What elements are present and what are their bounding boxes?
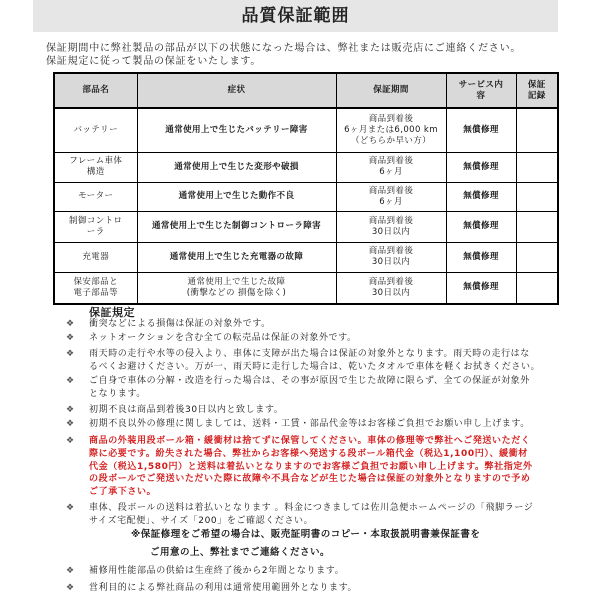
rule-text: ご自身で車体の分解・改造を行った場合は、その事が原因で生じた故障に限らず、全ての… (89, 375, 530, 388)
rule-text: 代金（税込1,580円）と送料は着払いとなりますのでお客様ご負担でお願い申し上げ… (89, 461, 533, 474)
service-cell: 無償修理 (446, 152, 516, 182)
rule-text: ご了承下さい。 (89, 486, 533, 499)
table-row: フレーム車体 構造 通常使用上で生じた変形や破損 商品到着後 6ヶ月 無償修理 (54, 152, 558, 182)
intro-text-line-2: 保証規定に従って製品の保証をいたします。 (46, 56, 261, 68)
record-cell (516, 242, 558, 272)
title-banner: 品質保証範囲 (33, 0, 558, 32)
diamond-bullet-icon: ❖ (66, 404, 74, 416)
part-cell: 保安部品と 電子部品等 (54, 272, 137, 304)
table-row: 充電器 通常使用上で生じた充電器の故障 商品到着後 30日以内 無償修理 (54, 242, 558, 272)
record-cell (516, 211, 558, 242)
record-cell (516, 272, 558, 304)
symptom-cell: 通常使用上で生じたバッテリー障害 (137, 108, 336, 152)
table-header-row: 部品名 症状 保証期間 サービス内 容 保証 記録 (54, 73, 558, 108)
rule-text: 初期不良以外の修理に関しましては、送料・工賃・部品代金等はお客様ご負担でお願い申… (89, 418, 530, 431)
rule-text: 際に必要です。紛失された場合、弊社からお客様へ発送する段ボール箱代金（税込1,1… (89, 448, 533, 461)
diamond-bullet-icon: ❖ (66, 348, 74, 360)
column-header-symptom: 症状 (137, 73, 336, 108)
rule-text: 営利目的による弊社商品の利用は通常使用範囲外となります。 (89, 582, 357, 595)
rule-text: 車体、段ボールの送料は着払いとなります 。料金につきましては佐川急便ホームページ… (89, 502, 533, 515)
intro-text-line-1: 保証期間中に弊社製品の部品が以下の状態になった場合は、弊社または販売店にご連絡く… (46, 43, 521, 55)
table-row: 保安部品と 電子部品等 通常使用上で生じた故障 (衝撃などの 損傷を除く) 商品… (54, 272, 558, 304)
diamond-bullet-icon: ❖ (66, 318, 74, 330)
service-cell: 無償修理 (446, 182, 516, 211)
diamond-bullet-icon: ❖ (66, 332, 74, 344)
rule-text: サイズ宅配便」、サイズ「200」をご確認ください。 (89, 515, 533, 528)
diamond-bullet-icon: ❖ (66, 375, 74, 387)
diamond-bullet-icon: ❖ (66, 565, 74, 577)
part-cell: バッテリー (54, 108, 137, 152)
column-header-service: サービス内 容 (446, 73, 516, 108)
period-cell: 商品到着後 6ヶ月 (336, 182, 446, 211)
rule-text: の段ボールでご発送いただいた際に故障や不具合などが生じた場合は保証の対象外となり… (89, 473, 533, 486)
rule-text: 雨天時の走行や水等の侵入より、車体に支障が出た場合は保証の対象外となります。雨天… (89, 348, 540, 361)
symptom-cell: 通常使用上で生じた制御コントローラ障害 (137, 211, 336, 242)
record-cell (516, 152, 558, 182)
rule-text: 商品の外装用段ボール箱・緩衝材は捨てずに保管してください。車体の修理等で弊社へご… (89, 435, 533, 448)
period-cell: 商品到着後 6ヶ月または6,000 km （どちらか早い方） (336, 108, 446, 152)
service-cell: 無償修理 (446, 272, 516, 304)
period-cell: 商品到着後 6ヶ月 (336, 152, 446, 182)
table-row: バッテリー 通常使用上で生じたバッテリー障害 商品到着後 6ヶ月または6,000… (54, 108, 558, 152)
table-row: 制御コントロ ーラ 通常使用上で生じた制御コントローラ障害 商品到着後 30日以… (54, 211, 558, 242)
warranty-repair-notice-line-1: ※保証修理をご希望の場合は、販売証明書のコピー・本取扱説明書兼保証書を (131, 529, 480, 541)
period-cell: 商品到着後 30日以内 (336, 211, 446, 242)
diamond-bullet-icon: ❖ (66, 435, 74, 447)
period-cell: 商品到着後 30日以内 (336, 272, 446, 304)
warranty-repair-notice-line-2: ご用意の上、弊社までご連絡ください。 (150, 547, 330, 559)
part-cell: モーター (54, 182, 137, 211)
symptom-cell: 通常使用上で生じた変形や破損 (137, 152, 336, 182)
rule-text: 補修用性能部品の供給は生産終了後から2年間となります。 (89, 565, 344, 578)
symptom-cell: 通常使用上で生じた故障 (衝撃などの 損傷を除く) (137, 272, 336, 304)
table-row: モーター 通常使用上で生じた動作不良 商品到着後 6ヶ月 無償修理 (54, 182, 558, 211)
rule-text: ネットオークションを含む全ての転売品は保証の対象外です。 (89, 332, 357, 345)
rule-text: るべくお避けください。万が一、雨天時に走行した場合は、乾いたタオルで車体を軽くお… (89, 361, 540, 374)
service-cell: 無償修理 (446, 242, 516, 272)
column-header-part: 部品名 (54, 73, 137, 108)
service-cell: 無償修理 (446, 108, 516, 152)
rule-text: 初期不良は商品到着後30日以内と致します。 (89, 404, 283, 417)
part-cell: 充電器 (54, 242, 137, 272)
record-cell (516, 182, 558, 211)
diamond-bullet-icon: ❖ (66, 502, 74, 514)
diamond-bullet-icon: ❖ (66, 582, 74, 594)
record-cell (516, 108, 558, 152)
warranty-table: 部品名 症状 保証期間 サービス内 容 保証 記録 バッテリー 通常使用上で生じ… (53, 72, 559, 305)
part-cell: フレーム車体 構造 (54, 152, 137, 182)
diamond-bullet-icon: ❖ (66, 418, 74, 430)
period-cell: 商品到着後 30日以内 (336, 242, 446, 272)
rule-text: となります。 (89, 388, 530, 401)
part-cell: 制御コントロ ーラ (54, 211, 137, 242)
symptom-cell: 通常使用上で生じた動作不良 (137, 182, 336, 211)
service-cell: 無償修理 (446, 211, 516, 242)
rule-text: 衝突などによる損傷は保証の対象外です。 (89, 318, 271, 331)
page-title: 品質保証範囲 (33, 0, 558, 32)
column-header-record: 保証 記録 (516, 73, 558, 108)
symptom-cell: 通常使用上で生じた充電器の故障 (137, 242, 336, 272)
column-header-period: 保証期間 (336, 73, 446, 108)
